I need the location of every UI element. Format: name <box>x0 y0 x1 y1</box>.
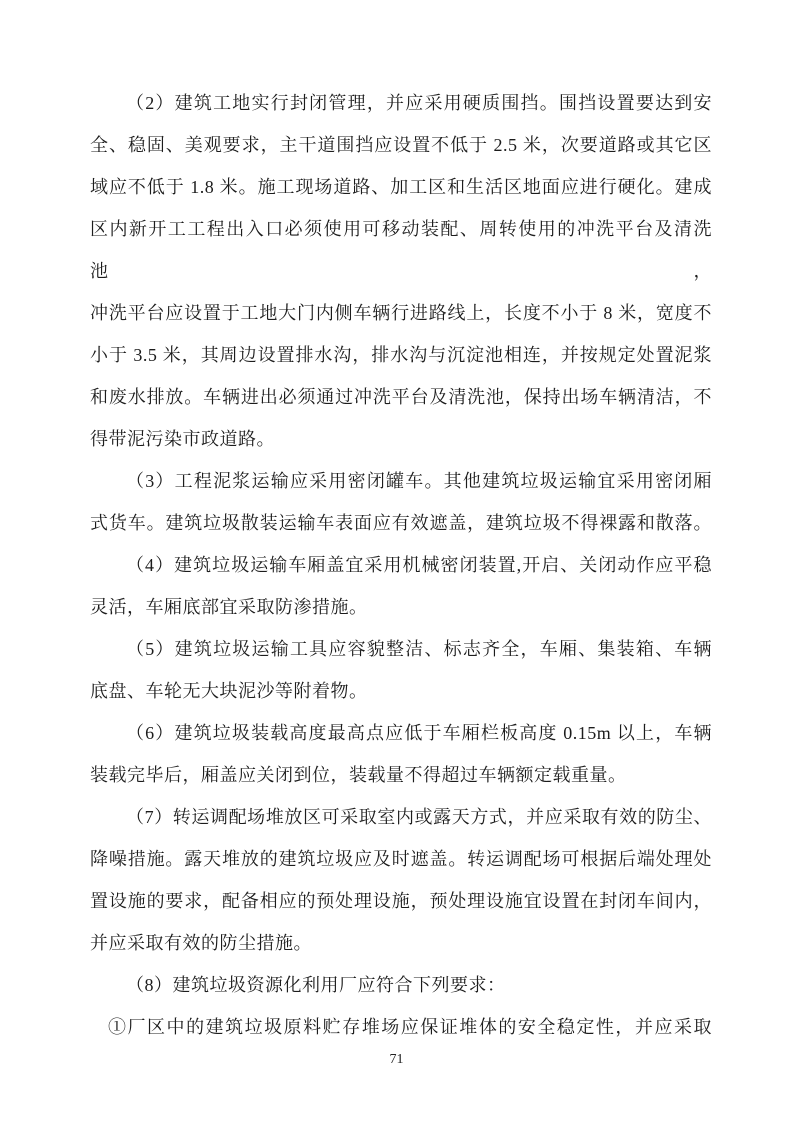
document-body: （2）建筑工地实行封闭管理，并应采用硬质围挡。围挡设置要达到安 全、稳固、美观要… <box>90 82 712 1048</box>
text-line: 冲洗平台应设置于工地大门内侧车辆行进路线上，长度不小于 8 米，宽度不 <box>90 292 712 334</box>
text-line: 和废水排放。车辆进出必须通过冲洗平台及清洗池，保持出场车辆清洁，不 <box>90 376 712 418</box>
paragraph-item-3: （3）工程泥浆运输应采用密闭罐车。其他建筑垃圾运输宜采用密闭厢 式货车。建筑垃圾… <box>90 460 712 544</box>
text-line: （8）建筑垃圾资源化利用厂应符合下列要求： <box>90 964 712 1006</box>
text-line: 区内新开工工程出入口必须使用可移动装配、周转使用的冲洗平台及清洗池， <box>90 208 712 292</box>
page-number: 71 <box>0 1050 793 1070</box>
paragraph-item-6: （6）建筑垃圾装载高度最高点应低于车厢栏板高度 0.15m 以上，车辆 装载完毕… <box>90 712 712 796</box>
paragraph-item-8-sub-1: ①厂区中的建筑垃圾原料贮存堆场应保证堆体的安全稳定性，并应采取 <box>90 1006 712 1048</box>
text-line: 并应采取有效的防尘措施。 <box>90 922 712 964</box>
text-line: 装载完毕后，厢盖应关闭到位，装载量不得超过车辆额定载重量。 <box>90 754 712 796</box>
text-line: 置设施的要求，配备相应的预处理设施，预处理设施宜设置在封闭车间内， <box>90 880 712 922</box>
text-line: 小于 3.5 米，其周边设置排水沟，排水沟与沉淀池相连，并按规定处置泥浆 <box>90 334 712 376</box>
text-line: 式货车。建筑垃圾散装运输车表面应有效遮盖，建筑垃圾不得裸露和散落。 <box>90 502 712 544</box>
text-line: （5）建筑垃圾运输工具应容貌整洁、标志齐全，车厢、集装箱、车辆 <box>90 628 712 670</box>
text-line: （3）工程泥浆运输应采用密闭罐车。其他建筑垃圾运输宜采用密闭厢 <box>90 460 712 502</box>
paragraph-item-7: （7）转运调配场堆放区可采取室内或露天方式，并应采取有效的防尘、 降噪措施。露天… <box>90 796 712 964</box>
text-line: 降噪措施。露天堆放的建筑垃圾应及时遮盖。转运调配场可根据后端处理处 <box>90 838 712 880</box>
text-line: （7）转运调配场堆放区可采取室内或露天方式，并应采取有效的防尘、 <box>90 796 712 838</box>
text-line: 灵活，车厢底部宜采取防渗措施。 <box>90 586 712 628</box>
paragraph-item-8: （8）建筑垃圾资源化利用厂应符合下列要求： <box>90 964 712 1006</box>
text-line: （6）建筑垃圾装载高度最高点应低于车厢栏板高度 0.15m 以上，车辆 <box>90 712 712 754</box>
text-line: （2）建筑工地实行封闭管理，并应采用硬质围挡。围挡设置要达到安 <box>90 82 712 124</box>
paragraph-item-4: （4）建筑垃圾运输车厢盖宜采用机械密闭装置,开启、关闭动作应平稳 灵活，车厢底部… <box>90 544 712 628</box>
text-line: （4）建筑垃圾运输车厢盖宜采用机械密闭装置,开启、关闭动作应平稳 <box>90 544 712 586</box>
text-line: 得带泥污染市政道路。 <box>90 418 712 460</box>
text-line: 全、稳固、美观要求，主干道围挡应设置不低于 2.5 米，次要道路或其它区 <box>90 124 712 166</box>
paragraph-item-5: （5）建筑垃圾运输工具应容貌整洁、标志齐全，车厢、集装箱、车辆 底盘、车轮无大块… <box>90 628 712 712</box>
text-line: 域应不低于 1.8 米。施工现场道路、加工区和生活区地面应进行硬化。建成 <box>90 166 712 208</box>
document-page: （2）建筑工地实行封闭管理，并应采用硬质围挡。围挡设置要达到安 全、稳固、美观要… <box>0 0 793 1122</box>
text-line: ①厂区中的建筑垃圾原料贮存堆场应保证堆体的安全稳定性，并应采取 <box>90 1006 712 1048</box>
paragraph-item-2: （2）建筑工地实行封闭管理，并应采用硬质围挡。围挡设置要达到安 全、稳固、美观要… <box>90 82 712 460</box>
text-line: 底盘、车轮无大块泥沙等附着物。 <box>90 670 712 712</box>
